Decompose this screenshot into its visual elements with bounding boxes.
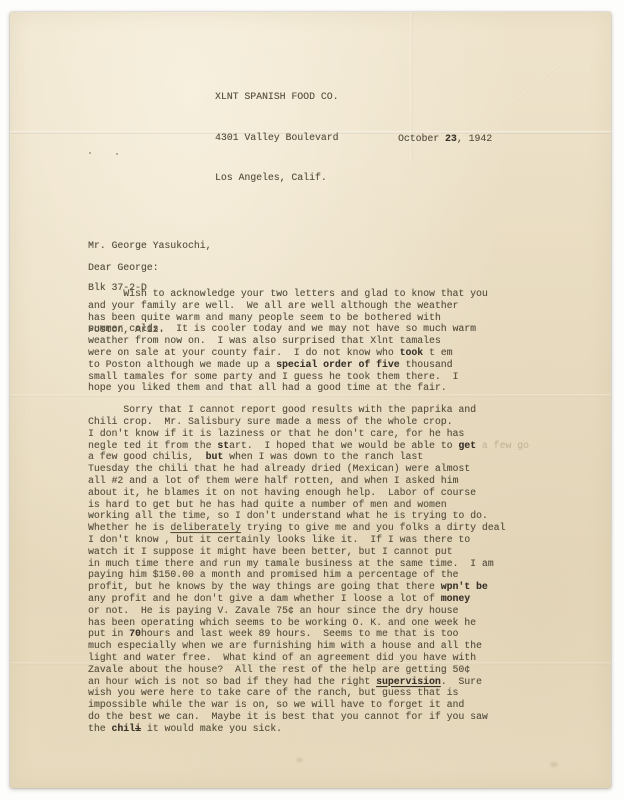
letter-line: weather from now on. I was also surprise… [88,335,529,347]
text-segment: Sorry that I cannot report good results … [88,404,476,415]
text-segment: any profit and he don't give a dam wheth… [88,593,441,604]
text-segment: negle ted it from the [88,440,217,451]
text-segment: wish you were here to take care of the r… [88,687,458,698]
text-segment: much especially when we are furnishing h… [88,640,482,651]
text-segment: Wish to acknowledge your two letters and… [88,288,488,299]
text-segment: is hard to get but he has had quite a nu… [88,499,447,510]
text-segment: get [458,440,476,451]
letter-line: small tamales for some party and I guess… [88,371,529,383]
text-segment: or not. He is paying V. Zavale 75¢ an ho… [88,605,458,616]
text-segment: impossible while the war is on, so we wi… [88,699,464,710]
letter-line: has been quite warm and many people seem… [88,312,529,324]
letter-line: impossible while the war is on, so we wi… [88,699,529,711]
letterhead-company: XLNT SPANISH FOOD CO. [215,90,338,104]
text-segment: small tamales for some party and I guess… [88,371,458,382]
text-segment: Zavale about the house? All the rest of … [88,664,470,675]
paper-speck [116,153,118,155]
text-segment: t em [423,347,452,358]
text-segment: do the best we can. Maybe it is best tha… [88,711,488,722]
text-segment: , 1942 [457,133,492,144]
letter-line: put in 70hours and last week 89 hours. S… [88,628,529,640]
text-segment: all #2 and a lot of them were half rotte… [88,475,458,486]
text-segment: supervision [376,676,441,687]
letter-line: to Poston although we made up a special … [88,359,529,371]
letter-line: I don't know , but it certainly looks li… [88,534,529,546]
text-segment: deliberately [170,522,241,533]
letter-line: do the best we can. Maybe it is best tha… [88,711,529,723]
text-segment: st [217,440,229,451]
letter-line: wish you were here to take care of the r… [88,687,529,699]
letter-line: Wish to acknowledge your two letters and… [88,288,529,300]
letter-line: the chili it would make you sick. [88,723,529,735]
letter-line: in much time there and run my tamale bus… [88,558,529,570]
letter-line: Sorry that I cannot report good results … [88,404,529,416]
text-segment: I don't know , but it certainly looks li… [88,534,470,545]
text-segment: a few go [476,440,529,451]
letterhead-city: Los Angeles, Calif. [215,171,338,185]
letter-line: profit, but he knows by the way things a… [88,581,529,593]
letter-line: is hard to get but he has had quite a nu… [88,499,529,511]
text-segment: October [398,133,445,144]
text-segment: profit, but he knows by the way things a… [88,581,441,592]
text-segment: working all the time, so I don't underst… [88,510,488,521]
letter-body: Wish to acknowledge your two letters and… [88,288,529,744]
letter-line: were on sale at your county fair. I do n… [88,347,529,359]
fold-crease-diagonal [485,42,589,124]
letter-line: hope you liked them and that all had a g… [88,382,529,394]
text-segment: light and water free. What kind of an ag… [88,652,476,663]
letter-line: I don't know if it is laziness or that h… [88,428,529,440]
text-segment: an hour wich is not so bad if they had t… [88,676,376,687]
letterhead-street: 4301 Valley Boulevard [215,131,338,145]
letter-line: about it, he blames it on not having eno… [88,487,529,499]
text-segment: art. I hoped that we would be able to [229,440,458,451]
letter-line: all #2 and a lot of them were half rotte… [88,475,529,487]
letter-line: light and water free. What kind of an ag… [88,652,529,664]
text-segment: a few good chilis, [88,451,206,462]
letter-line: a few good chilis, but when I was down t… [88,451,529,463]
paragraph: Wish to acknowledge your two letters and… [88,288,529,394]
letter-line: summer colds. It is cooler today and we … [88,323,529,335]
text-segment: when I was down to the ranch last [223,451,423,462]
text-segment: Tuesday the chili that he had already dr… [88,463,470,474]
text-segment: special order of five [276,359,399,370]
paper-smudge [550,762,558,767]
text-segment: put in [88,628,129,639]
text-segment: took [400,347,424,358]
letter-line: Whether he is deliberately trying to giv… [88,522,529,534]
salutation: Dear George: [88,262,159,274]
letter-line: Chili crop. Mr. Salisbury sure made a me… [88,416,529,428]
text-segment: the [88,723,112,734]
text-segment: has been quite warm and many people seem… [88,312,441,323]
letter-line: much especially when we are furnishing h… [88,640,529,652]
text-segment: it would make you sick. [141,723,282,734]
paragraph: Sorry that I cannot report good results … [88,404,529,734]
letter-line: negle ted it from the start. I hoped tha… [88,440,529,452]
text-segment: 70 [129,628,141,639]
recipient-name: Mr. George Yasukochi, [88,239,211,253]
letter-line: working all the time, so I don't underst… [88,510,529,522]
text-segment: in much time there and run my tamale bus… [88,558,494,569]
text-segment: were on sale at your county fair. I do n… [88,347,400,358]
text-segment: has been operating which seems to be wor… [88,617,476,628]
text-segment: paying him $150.00 a month and promised … [88,569,458,580]
letterhead: XLNT SPANISH FOOD CO. 4301 Valley Boulev… [215,63,338,212]
text-segment: trying to give me and you folks a dirty … [241,522,506,533]
letter-line: Zavale about the house? All the rest of … [88,664,529,676]
text-segment: thousand [400,359,453,370]
text-segment: Chili crop. Mr. Salisbury sure made a me… [88,416,453,427]
text-segment: money [441,593,470,604]
letter-line: Tuesday the chili that he had already dr… [88,463,529,475]
letter-line: has been operating which seems to be wor… [88,617,529,629]
text-segment: but [206,451,224,462]
date-line: October 23, 1942 [398,133,492,145]
text-segment: . Sure [441,676,482,687]
letter-line: an hour wich is not so bad if they had t… [88,676,529,688]
text-segment: to Poston although we made up a [88,359,276,370]
text-segment: about it, he blames it on not having eno… [88,487,476,498]
letter-paper: XLNT SPANISH FOOD CO. 4301 Valley Boulev… [10,12,611,788]
letter-line: and your family are well. We all are wel… [88,300,529,312]
letter-line: or not. He is paying V. Zavale 75¢ an ho… [88,605,529,617]
text-segment: Whether he is [88,522,170,533]
paper-speck [89,152,91,154]
letter-line: watch it I suppose it might have been be… [88,546,529,558]
text-segment: I don't know if it is laziness or that h… [88,428,464,439]
text-segment: hope you liked them and that all had a g… [88,382,447,393]
text-segment: and your family are well. We all are wel… [88,300,458,311]
scan-background: { "colors": { "paper": "#ebdfc5", "ink":… [0,0,624,800]
letter-line: any profit and he don't give a dam wheth… [88,593,529,605]
text-segment: hours and last week 89 hours. Seems to m… [141,628,458,639]
text-segment: chil [112,723,136,734]
text-segment: 23 [445,133,457,144]
text-segment: watch it I suppose it might have been be… [88,546,453,557]
paper-smudge [296,758,303,762]
text-segment: weather from now on. I was also surprise… [88,335,441,346]
text-segment: summer colds. It is cooler today and we … [88,323,476,334]
letter-line: paying him $150.00 a month and promised … [88,569,529,581]
text-segment: wpn't be [441,581,488,592]
